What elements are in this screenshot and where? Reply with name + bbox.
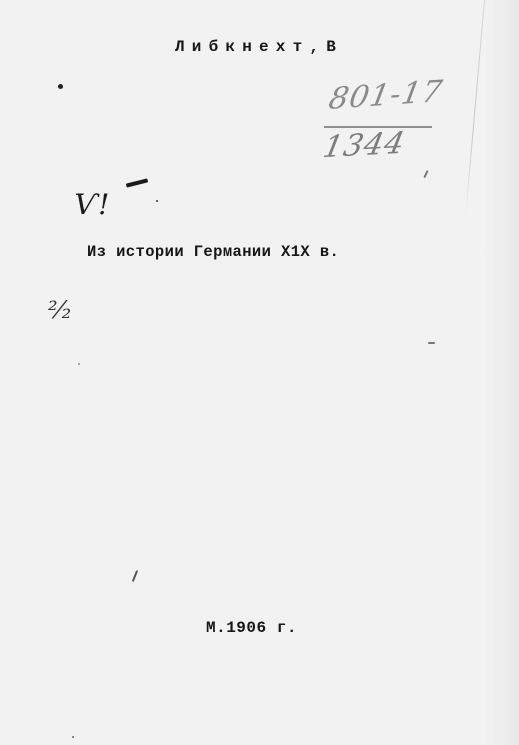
- stray-pen-mark: [423, 170, 428, 178]
- ink-speck: [72, 736, 74, 738]
- ink-speck: [156, 200, 158, 202]
- stray-pen-mark: [428, 342, 435, 344]
- ink-speck: [78, 363, 80, 365]
- catalog-card-page: Либкнехт,В 801-17 1344 Ѵ! Из истории Гер…: [0, 0, 519, 745]
- title-line: Из истории Германии Х1Х в.: [87, 243, 339, 261]
- shelf-mark-bottom: 1344: [320, 126, 408, 165]
- paper-edge-shading: [483, 0, 519, 745]
- author-line: Либкнехт,В: [175, 38, 343, 56]
- shelf-mark-top: 801-17: [326, 74, 446, 117]
- handwritten-margin-mark: Ѵ!: [74, 188, 109, 221]
- stray-pen-mark: [132, 570, 138, 582]
- paper-fold-line: [465, 0, 485, 219]
- imprint-line: М.1906 г.: [206, 619, 297, 637]
- handwritten-margin-mark-2: ²⁄₂: [48, 296, 71, 324]
- handwritten-dash-mark: [126, 178, 148, 187]
- ink-speck: [58, 84, 63, 89]
